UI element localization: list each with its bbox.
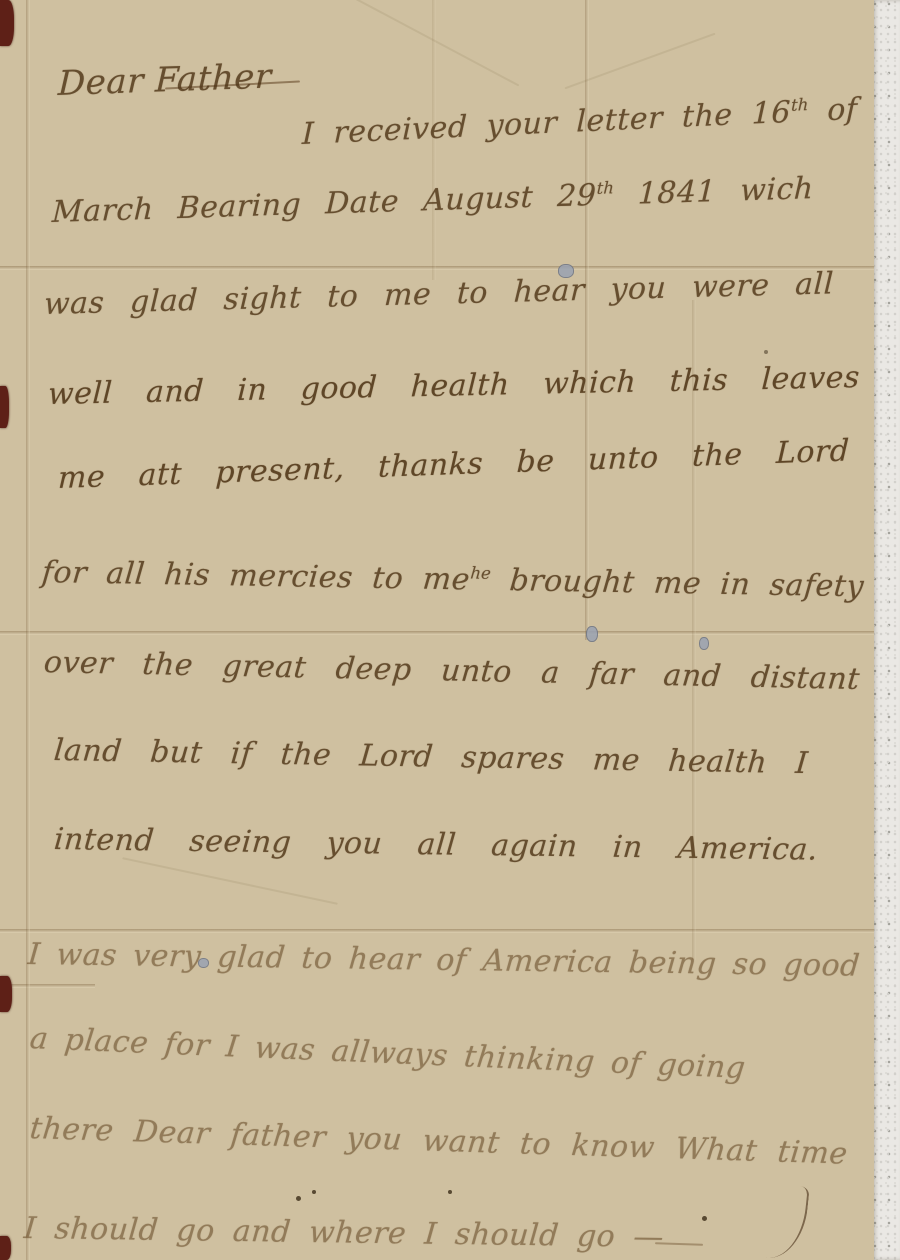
bleed-through-stroke xyxy=(122,857,338,905)
bleed-through-stroke xyxy=(564,33,715,90)
letter-paper: Dear Father I received your letter the 1… xyxy=(0,0,874,1260)
fold-crease-horizontal xyxy=(0,631,874,635)
fold-crease-vertical xyxy=(26,0,30,1260)
edge-mark xyxy=(0,0,14,46)
edge-mark xyxy=(0,976,12,1012)
ink-dot xyxy=(702,1216,707,1221)
ink-dot xyxy=(312,1190,316,1194)
letter-line-6: for all his mercies to mehe brought me i… xyxy=(41,556,866,603)
fold-crease-horizontal xyxy=(0,929,874,933)
stray-pen-stroke xyxy=(766,1183,810,1260)
letter-line-3: was glad sight to me to hear you were al… xyxy=(43,267,834,321)
superscript-th: th xyxy=(596,178,614,198)
letter-line-2: March Bearing Date August 29th 1841 wich xyxy=(51,172,814,229)
letter-line-8: land but if the Lord spares me health I xyxy=(53,734,810,780)
inserted-word-he: he xyxy=(470,563,492,582)
letter-line-13: I should go and where I should go — xyxy=(23,1212,666,1254)
letter-salutation: Dear Father xyxy=(57,59,272,104)
fold-crease-horizontal xyxy=(0,984,95,988)
wafer-speck xyxy=(586,626,598,642)
letter-line-4: well and in good health which this leave… xyxy=(47,361,860,411)
letter-line-9: intend seeing you all again in America. xyxy=(53,823,820,867)
superscript-th: th xyxy=(791,95,809,115)
letter-line-10: I was very glad to hear of America being… xyxy=(27,938,862,983)
letter-line-1-text: I received your letter the 16 xyxy=(302,95,792,152)
letter-scan: Dear Father I received your letter the 1… xyxy=(0,0,900,1260)
letter-line-2-text: March Bearing Date August 29 xyxy=(51,178,597,230)
letter-line-7: over the great deep unto a far and dista… xyxy=(43,646,862,696)
letter-line-12: there Dear father you want to know What … xyxy=(28,1112,849,1171)
letter-line-11: a place for I was allways thinking of go… xyxy=(28,1022,747,1085)
wafer-speck xyxy=(699,637,709,650)
ink-dot xyxy=(448,1190,452,1194)
edge-mark xyxy=(0,386,9,428)
bleed-through-stroke xyxy=(351,0,520,86)
letter-line-1-tail: of xyxy=(808,92,858,129)
letter-line-6-text: for all his mercies to me xyxy=(40,555,471,597)
ink-dot xyxy=(296,1196,301,1201)
fold-crease-vertical xyxy=(585,0,589,640)
letter-line-5: me att present, thanks be unto the Lord xyxy=(57,434,850,495)
edge-mark xyxy=(0,1236,11,1260)
letter-line-1: I received your letter the 16th of xyxy=(302,93,858,151)
ink-dot xyxy=(764,350,768,354)
backing-fabric xyxy=(872,0,900,1260)
letter-line-6-tail: brought me in safety xyxy=(489,563,866,604)
letter-line-2-tail: 1841 wich xyxy=(613,171,814,212)
